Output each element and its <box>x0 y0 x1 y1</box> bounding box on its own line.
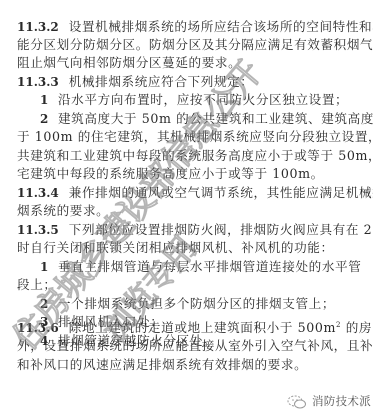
item-text: 垂直主排烟管道与每层水平排烟管道连接处的水平管 <box>58 259 361 274</box>
clause-11-3-2-line-2: 能分区划分防烟分区。防烟分区及其分隔应满足有效蓄积烟气和 <box>17 36 362 54</box>
clause-text: 下列部位应设置排烟防火阀，排烟防火阀应具有在 280℃ <box>69 222 373 237</box>
clause-number: 11.3.5 <box>17 223 59 237</box>
clause-text: 设置机械排烟系统的场所应结合该场所的空间特性和功 <box>69 19 373 34</box>
clause-number: 11.3.2 <box>17 20 59 34</box>
document-page: 11.3.2设置机械排烟系统的场所应结合该场所的空间特性和功 能分区划分防烟分区… <box>0 0 373 415</box>
clause-text: 除地上建筑的走道或地上建筑面积小于 500m <box>69 320 336 335</box>
item-number: 2 <box>40 297 49 311</box>
clause-11-3-2-line-1: 11.3.2设置机械排烟系统的场所应结合该场所的空间特性和功 <box>17 18 362 36</box>
item-number: 2 <box>40 112 49 126</box>
clause-11-3-5-item-2: 2一个排烟系统负担多个防烟分区的排烟支管上； <box>40 295 373 313</box>
item-text: 沿水平方向布置时，应按不同防火分区独立设置； <box>58 92 348 107</box>
clause-11-3-5-line-1: 11.3.5下列部位应设置排烟防火阀，排烟防火阀应具有在 280℃ <box>17 221 362 239</box>
clause-11-3-4-line-1: 11.3.4兼作排烟的通风或空气调节系统，其性能应满足机械排 <box>17 184 362 202</box>
clause-11-3-5-item-1-line-1: 1垂直主排烟管道与每层水平排烟管道连接处的水平管 <box>40 258 362 276</box>
clause-text: 兼作排烟的通风或空气调节系统，其性能应满足机械排 <box>69 185 373 200</box>
clause-11-3-6-line-2: 外，设置排烟系统的场所应能直接从室外引入空气补风，且补风量 <box>17 337 362 355</box>
clause-number: 11.3.6 <box>17 321 59 335</box>
clause-number: 11.3.3 <box>17 75 59 89</box>
clause-11-3-3-item-1: 1沿水平方向布置时，应按不同防火分区独立设置； <box>40 91 373 109</box>
item-number: 1 <box>40 93 49 107</box>
source-logo: 消防技术派 <box>287 392 371 410</box>
clause-11-3-6-line-3: 和补风口的风速应满足排烟系统有效排烟的要求。 <box>17 356 362 374</box>
wechat-icon <box>287 394 307 408</box>
item-number: 1 <box>40 260 49 274</box>
clause-number: 11.3.4 <box>17 186 59 200</box>
item-text: 一个排烟系统负担多个防烟分区的排烟支管上； <box>58 296 335 311</box>
clause-11-3-2-line-3: 阻止烟气向相邻防烟分区蔓延的要求。 <box>17 54 362 72</box>
clause-11-3-3-line-1: 11.3.3机械排烟系统应符合下列规定： <box>17 73 362 91</box>
source-name: 消防技术派 <box>312 393 371 409</box>
clause-11-3-6-line-1: 11.3.6除地上建筑的走道或地上建筑面积小于 500m2 的房间 <box>17 319 362 337</box>
clause-11-3-3-item-2-line-2: 于 100m 的住宅建筑，其机械排烟系统应竖向分段独立设置，且公 <box>17 128 362 146</box>
clause-text-tail: 的房间 <box>341 320 373 335</box>
clause-11-3-5-item-1-line-2: 段上； <box>17 276 362 294</box>
clause-11-3-5-line-2: 时自行关闭和联锁关闭相应排烟风机、补风机的功能： <box>17 239 362 257</box>
item-text: 建筑高度大于 50m 的公共建筑和工业建筑、建筑高度大 <box>58 111 373 126</box>
clause-11-3-3-item-2-line-1: 2建筑高度大于 50m 的公共建筑和工业建筑、建筑高度大 <box>40 110 362 128</box>
clause-11-3-3-item-2-line-3: 共建筑和工业建筑中每段的系统服务高度应小于或等于 50m，住 <box>17 147 362 165</box>
clause-11-3-3-item-2-line-4: 宅建筑中每段的系统服务高度应小于或等于 100m。 <box>17 165 362 183</box>
clause-text: 机械排烟系统应符合下列规定： <box>69 74 254 89</box>
clause-11-3-4-line-2: 烟系统的要求。 <box>17 202 362 220</box>
